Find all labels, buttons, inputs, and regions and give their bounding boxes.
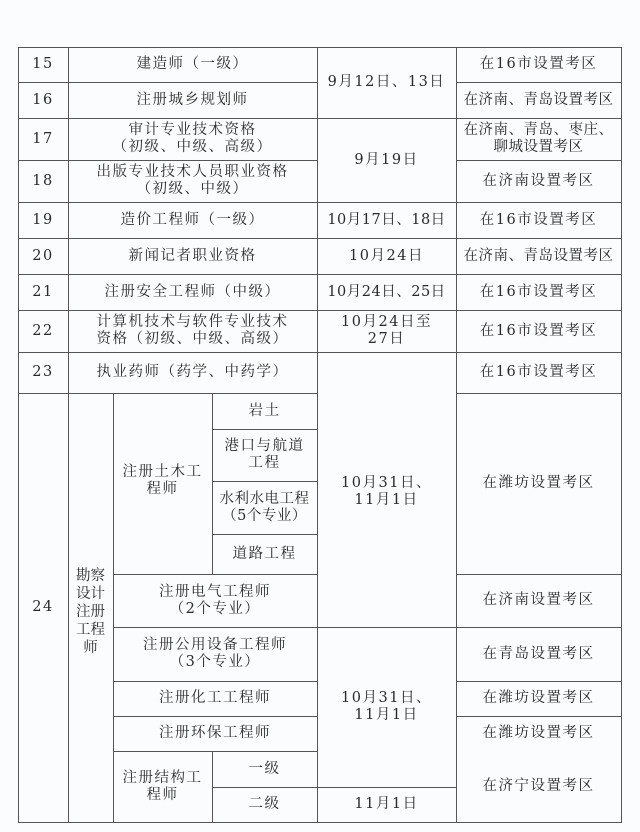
specialty: 水利水电工程 （5个专业） [212,481,317,534]
exam-name: 注册环保工程师 [113,716,317,751]
row-number: 17 [18,118,68,160]
exam-name: 执业药师（药学、中药学） [68,352,317,393]
exam-name: 注册土木工 程师 [113,393,212,574]
exam-name: 注册城乡规划师 [68,82,317,118]
exam-location: 在济南、青岛设置考区 [456,82,621,118]
exam-date: 10月17日、18日 [317,202,456,238]
row-number: 23 [18,352,68,393]
specialty: 岩土 [212,393,317,429]
level: 二级 [212,787,317,822]
exam-name: 审计专业技术资格 （初级、中级、高级） [68,118,317,160]
row-number: 18 [18,160,68,202]
exam-location: 在16市设置考区 [456,352,621,393]
category-label: 勘察设计注册工程师 [68,393,113,822]
row-number: 15 [18,47,68,82]
exam-date: 10月24日 [317,238,456,274]
exam-name: 计算机技术与软件专业技术 资格（初级、中级、高级） [68,310,317,352]
exam-location: 在潍坊设置考区 [456,716,621,751]
exam-location: 在济南、青岛、枣庄、 聊城设置考区 [456,118,621,160]
exam-location: 在16市设置考区 [456,202,621,238]
exam-location: 在潍坊设置考区 [456,393,621,574]
exam-name: 注册电气工程师 （2个专业） [113,574,317,627]
exam-name: 出版专业技术人员职业资格 （初级、中级） [68,160,317,202]
row-number: 20 [18,238,68,274]
exam-date: 10月31日、 11月1日 [317,627,456,787]
exam-name: 注册结构工 程师 [113,751,212,822]
exam-location: 在济南设置考区 [456,574,621,627]
exam-location: 在潍坊设置考区 [456,681,621,716]
exam-date: 10月24日至 27日 [317,310,456,352]
exam-name: 建造师（一级） [68,47,317,82]
level: 一级 [212,751,317,787]
exam-location: 在济南、青岛设置考区 [456,238,621,274]
exam-date: 9月12日、13日 [317,47,456,118]
exam-name: 注册公用设备工程师 （3个专业） [113,627,317,681]
exam-location: 在16市设置考区 [456,47,621,82]
exam-name: 注册安全工程师（中级） [68,274,317,310]
exam-location: 在16市设置考区 [456,310,621,352]
row-number: 21 [18,274,68,310]
row-number: 16 [18,82,68,118]
exam-date: 10月31日、 11月1日 [317,352,456,627]
row-number: 24 [18,393,68,822]
exam-name: 新闻记者职业资格 [68,238,317,274]
exam-date: 10月24日、25日 [317,274,456,310]
exam-location: 在济南设置考区 [456,160,621,202]
exam-name: 注册化工工程师 [113,681,317,716]
exam-date: 11月1日 [317,787,456,822]
row-number: 22 [18,310,68,352]
exam-date: 9月19日 [317,118,456,202]
exam-location: 在16市设置考区 [456,274,621,310]
category-label-text: 勘察设计注册工程师 [76,567,106,657]
exam-location: 在青岛设置考区 [456,627,621,681]
table-border-right [621,47,622,823]
exam-location: 在济宁设置考区 [456,751,621,822]
row-number: 19 [18,202,68,238]
table-border-bottom [18,822,622,823]
specialty: 道路工程 [212,534,317,574]
specialty: 港口与航道 工程 [212,429,317,481]
exam-name: 造价工程师（一级） [68,202,317,238]
